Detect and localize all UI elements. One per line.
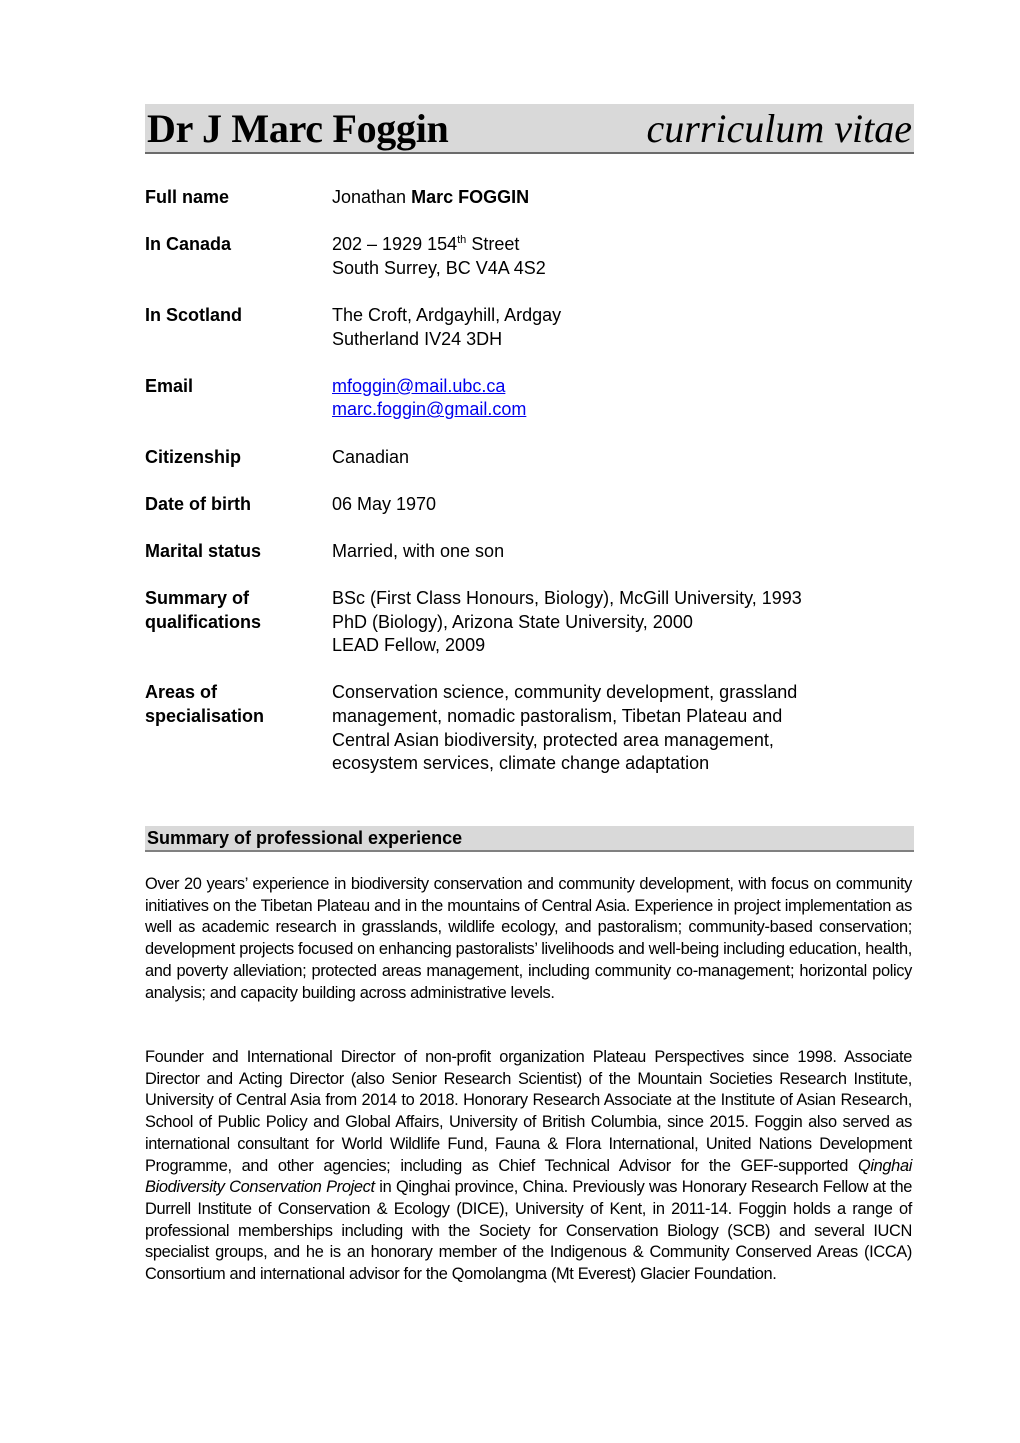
row-full-name: Full name Jonathan Marc FOGGIN [145, 186, 914, 210]
specialisation-line: Conservation science, community developm… [332, 681, 914, 705]
row-canada-address: In Canada 202 – 1929 154th Street South … [145, 233, 914, 280]
canada-street-number: 202 – 1929 154 [332, 234, 457, 254]
label-qualifications-line-2: qualifications [145, 611, 332, 635]
row-specialisation: Areas of specialisation Conservation sci… [145, 681, 914, 775]
row-qualifications: Summary of qualifications BSc (First Cla… [145, 587, 914, 658]
section-heading-band: Summary of professional experience [145, 826, 914, 852]
surname-bold: Marc FOGGIN [411, 187, 529, 207]
label-specialisation-line-1: Areas of [145, 681, 332, 705]
row-email: Email mfoggin@mail.ubc.ca marc.foggin@gm… [145, 375, 914, 422]
label-citizenship: Citizenship [145, 446, 332, 470]
title-band: Dr J Marc Foggin curriculum vitae [145, 104, 914, 154]
label-full-name: Full name [145, 186, 332, 210]
value-specialisation: Conservation science, community developm… [332, 681, 914, 775]
label-date-of-birth: Date of birth [145, 493, 332, 517]
cv-subtitle: curriculum vitae [647, 107, 913, 151]
row-scotland-address: In Scotland The Croft, Ardgayhill, Ardga… [145, 304, 914, 351]
value-date-of-birth: 06 May 1970 [332, 493, 914, 517]
qualification-item: PhD (Biology), Arizona State University,… [332, 611, 914, 635]
value-scotland-address: The Croft, Ardgayhill, Ardgay Sutherland… [332, 304, 914, 351]
label-email: Email [145, 375, 332, 422]
value-full-name: Jonathan Marc FOGGIN [332, 186, 914, 210]
canada-city-line: South Surrey, BC V4A 4S2 [332, 257, 914, 281]
label-specialisation: Areas of specialisation [145, 681, 332, 775]
label-scotland: In Scotland [145, 304, 332, 351]
experience-paragraph-2: Founder and International Director of no… [145, 1047, 912, 1286]
value-marital-status: Married, with one son [332, 540, 914, 564]
row-date-of-birth: Date of birth 06 May 1970 [145, 493, 914, 517]
email-link-ubc[interactable]: mfoggin@mail.ubc.ca [332, 376, 505, 396]
value-qualifications: BSc (First Class Honours, Biology), McGi… [332, 587, 914, 658]
qualification-item: LEAD Fellow, 2009 [332, 634, 914, 658]
section-heading-experience: Summary of professional experience [147, 827, 462, 849]
scotland-line-1: The Croft, Ardgayhill, Ardgay [332, 304, 914, 328]
qualification-item: BSc (First Class Honours, Biology), McGi… [332, 587, 914, 611]
canada-street-suffix: Street [466, 234, 519, 254]
specialisation-line: management, nomadic pastoralism, Tibetan… [332, 705, 914, 729]
label-qualifications: Summary of qualifications [145, 587, 332, 658]
label-canada: In Canada [145, 233, 332, 280]
label-qualifications-line-1: Summary of [145, 587, 332, 611]
personal-details: Full name Jonathan Marc FOGGIN In Canada… [145, 186, 914, 799]
email-link-gmail[interactable]: marc.foggin@gmail.com [332, 399, 526, 419]
specialisation-line: Central Asian biodiversity, protected ar… [332, 729, 914, 753]
row-citizenship: Citizenship Canadian [145, 446, 914, 470]
value-canada-address: 202 – 1929 154th Street South Surrey, BC… [332, 233, 914, 280]
experience-paragraph-1: Over 20 years’ experience in biodiversit… [145, 874, 912, 1004]
row-marital-status: Marital status Married, with one son [145, 540, 914, 564]
paragraph-2-text-start: Founder and International Director of no… [145, 1048, 912, 1175]
value-citizenship: Canadian [332, 446, 914, 470]
label-marital-status: Marital status [145, 540, 332, 564]
first-name: Jonathan [332, 187, 411, 207]
ordinal-suffix: th [457, 234, 466, 246]
label-specialisation-line-2: specialisation [145, 705, 332, 729]
specialisation-line: ecosystem services, climate change adapt… [332, 752, 914, 776]
scotland-line-2: Sutherland IV24 3DH [332, 328, 914, 352]
cv-owner-name: Dr J Marc Foggin [147, 107, 448, 151]
value-email: mfoggin@mail.ubc.ca marc.foggin@gmail.co… [332, 375, 914, 422]
